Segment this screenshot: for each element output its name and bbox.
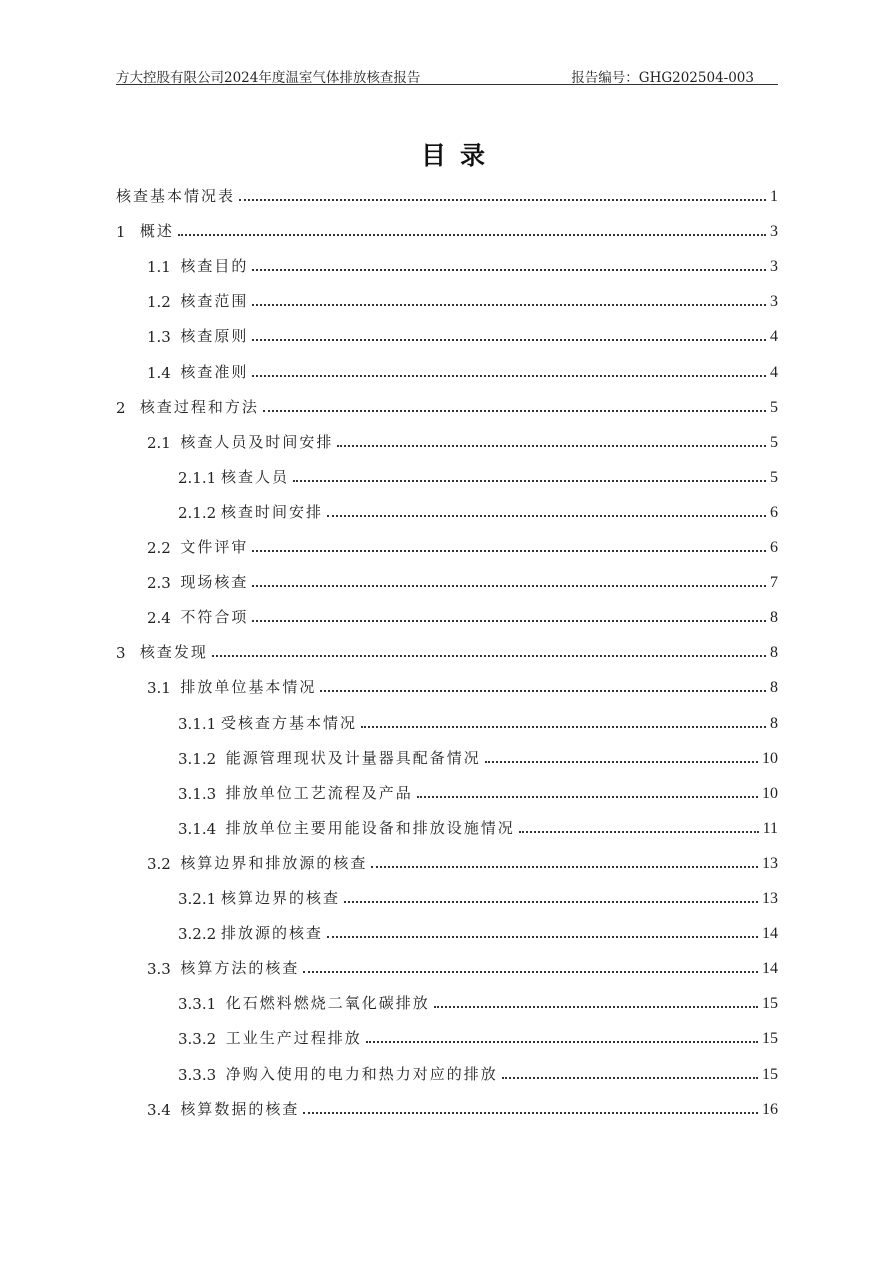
toc-entry[interactable]: 3.1.2 能源管理现状及计量器具配备情况10 (116, 746, 778, 768)
toc-entry-page: 10 (762, 785, 778, 803)
toc-entry-page: 15 (762, 1066, 778, 1084)
toc-entry-label: 现场核查 (180, 571, 248, 592)
toc-entry-number: 3.3.3 (178, 1066, 226, 1084)
dot-leader (252, 620, 766, 622)
toc-entry-page: 14 (762, 960, 778, 978)
dot-leader (293, 480, 766, 482)
toc-entry-label: 核查人员及时间安排 (180, 431, 333, 452)
toc-entry-number: 3.1.3 (178, 785, 226, 803)
toc-entry-label: 化石燃料燃烧二氧化碳排放 (226, 992, 430, 1013)
toc-entry-number: 1.3 (147, 328, 180, 346)
toc-entry-page: 4 (770, 328, 778, 346)
dot-leader (252, 339, 766, 341)
toc-entry-number: 3.3.2 (178, 1030, 226, 1048)
dot-leader (252, 375, 766, 377)
page-header: 方大控股有限公司2024年度温室气体排放核查报告 报告编号：GHG202504-… (116, 64, 778, 85)
toc-entry-number: 2.1.2 (178, 504, 221, 522)
toc-entry-number: 2.2 (147, 539, 180, 557)
dot-leader (178, 234, 766, 236)
dot-leader (485, 761, 758, 763)
toc-entry-page: 8 (770, 644, 778, 662)
dot-leader (502, 1077, 758, 1079)
toc-entry[interactable]: 核查基本情况表1 (116, 184, 778, 206)
toc-entry-number: 3.1.2 (178, 750, 226, 768)
dot-leader (371, 866, 758, 868)
toc-entry-number: 2.3 (147, 574, 180, 592)
dot-leader (344, 901, 758, 903)
header-report-number: 报告编号：GHG202504-003 (571, 66, 754, 86)
toc-entry-page: 6 (770, 504, 778, 522)
toc-entry[interactable]: 3.3.3 净购入使用的电力和热力对应的排放15 (116, 1062, 778, 1084)
toc-entry-page: 10 (762, 750, 778, 768)
dot-leader (417, 796, 758, 798)
toc-entry[interactable]: 3.1.3 排放单位工艺流程及产品10 (116, 781, 778, 803)
toc-entry-number: 2.4 (147, 609, 180, 627)
toc-entry[interactable]: 1 概述3 (116, 219, 778, 241)
dot-leader (252, 269, 766, 271)
toc-entry-label: 核算方法的核查 (180, 957, 299, 978)
toc-entry-number: 2.1.1 (178, 469, 221, 487)
dot-leader (303, 1112, 758, 1114)
toc-entry-label: 核算边界的核查 (221, 887, 340, 908)
dot-leader (327, 936, 758, 938)
toc-entry-number: 1.4 (147, 364, 180, 382)
toc-entry[interactable]: 3.1.1 受核查方基本情况8 (116, 711, 778, 733)
dot-leader (361, 726, 766, 728)
toc-entry-number: 3.2 (147, 855, 180, 873)
header-report-title: 方大控股有限公司2024年度温室气体排放核查报告 (116, 66, 420, 86)
dot-leader (320, 690, 766, 692)
toc-entry-number: 3.2.1 (178, 890, 221, 908)
toc-entry[interactable]: 3.3.1 化石燃料燃烧二氧化碳排放15 (116, 991, 778, 1013)
dot-leader (327, 515, 766, 517)
toc-entry-number: 3.1.4 (178, 820, 226, 838)
toc-entry-page: 15 (762, 995, 778, 1013)
toc-entry-label: 概述 (140, 220, 174, 241)
toc-entry-page: 3 (770, 223, 778, 241)
toc-entry-page: 5 (770, 469, 778, 487)
toc-entry-page: 8 (770, 609, 778, 627)
toc-entry-page: 13 (762, 890, 778, 908)
toc-entry-page: 6 (770, 539, 778, 557)
toc-entry-number: 3.4 (147, 1101, 180, 1119)
toc-entry-label: 净购入使用的电力和热力对应的排放 (226, 1063, 498, 1084)
toc-entry-page: 14 (762, 925, 778, 943)
toc-entry-label: 核查人员 (221, 466, 289, 487)
toc-entry[interactable]: 2.3 现场核查7 (116, 570, 778, 592)
toc-entry-number: 3.3.1 (178, 995, 226, 1013)
toc-entry-number: 2 (116, 399, 140, 417)
toc-entry[interactable]: 3.2.2 排放源的核查14 (116, 921, 778, 943)
toc-entry[interactable]: 2.1.2 核查时间安排6 (116, 500, 778, 522)
toc-entry-label: 受核查方基本情况 (221, 712, 357, 733)
toc-entry[interactable]: 2.4 不符合项8 (116, 605, 778, 627)
toc-entry-number: 3.2.2 (178, 925, 221, 943)
toc-entry-label: 工业生产过程排放 (226, 1027, 362, 1048)
dot-leader (263, 410, 766, 412)
toc-entry-page: 15 (762, 1030, 778, 1048)
toc-entry-label: 排放单位工艺流程及产品 (226, 782, 413, 803)
dot-leader (252, 550, 766, 552)
toc-entry-label: 核查范围 (180, 290, 248, 311)
dot-leader (239, 199, 766, 201)
dot-leader (337, 445, 766, 447)
toc-entry[interactable]: 3.4 核算数据的核查16 (116, 1097, 778, 1119)
dot-leader (303, 971, 758, 973)
toc-entry-label: 排放单位基本情况 (180, 676, 316, 697)
toc-entry-number: 3 (116, 644, 140, 662)
toc-entry-number: 1.1 (147, 258, 180, 276)
toc-entry-page: 11 (763, 820, 778, 838)
toc-entry[interactable]: 3.2.1 核算边界的核查13 (116, 886, 778, 908)
toc-entry-number: 1.2 (147, 293, 180, 311)
toc-entry-label: 核查发现 (140, 641, 208, 662)
toc-entry[interactable]: 1.4 核查准则4 (116, 360, 778, 382)
toc-entry-number: 2.1 (147, 434, 180, 452)
toc-entry-label: 核查基本情况表 (116, 185, 235, 206)
dot-leader (434, 1006, 758, 1008)
toc-entry-page: 4 (770, 364, 778, 382)
toc-entry[interactable]: 3.1 排放单位基本情况8 (116, 675, 778, 697)
toc-entry[interactable]: 3.3.2 工业生产过程排放15 (116, 1026, 778, 1048)
toc-entry[interactable]: 3.2 核算边界和排放源的核查13 (116, 851, 778, 873)
toc-entry-number: 3.1 (147, 679, 180, 697)
toc-entry-page: 16 (762, 1101, 778, 1119)
toc-entry-label: 文件评审 (180, 536, 248, 557)
toc-entry[interactable]: 1.1 核查目的3 (116, 254, 778, 276)
toc-entry-label: 能源管理现状及计量器具配备情况 (226, 747, 481, 768)
toc-entry-page: 1 (770, 188, 778, 206)
toc-entry-page: 7 (770, 574, 778, 592)
toc-entry-number: 1 (116, 223, 140, 241)
page-title: 目录 (0, 136, 892, 172)
toc-entry[interactable]: 3 核查发现8 (116, 640, 778, 662)
dot-leader (212, 655, 766, 657)
toc-entry-label: 核查目的 (180, 255, 248, 276)
toc-entry-page: 8 (770, 679, 778, 697)
dot-leader (519, 831, 759, 833)
toc-entry-label: 核算边界和排放源的核查 (180, 852, 367, 873)
toc-entry-page: 13 (762, 855, 778, 873)
toc-entry-label: 核查时间安排 (221, 501, 323, 522)
toc-entry-label: 排放源的核查 (221, 922, 323, 943)
toc-entry[interactable]: 2 核查过程和方法5 (116, 395, 778, 417)
toc-entry-page: 3 (770, 293, 778, 311)
dot-leader (366, 1041, 758, 1043)
toc-entry-number: 3.1.1 (178, 715, 221, 733)
toc-entry[interactable]: 1.2 核查范围3 (116, 289, 778, 311)
toc-entry[interactable]: 1.3 核查原则4 (116, 324, 778, 346)
dot-leader (252, 585, 766, 587)
toc-entry-number: 3.3 (147, 960, 180, 978)
toc-entry[interactable]: 3.1.4 排放单位主要用能设备和排放设施情况11 (116, 816, 778, 838)
toc-entry-label: 核查准则 (180, 361, 248, 382)
toc-entry-label: 排放单位主要用能设备和排放设施情况 (226, 817, 515, 838)
toc-entry[interactable]: 2.1.1 核查人员5 (116, 465, 778, 487)
dot-leader (252, 304, 766, 306)
toc-entry-label: 不符合项 (180, 606, 248, 627)
toc-entry[interactable]: 2.1 核查人员及时间安排5 (116, 430, 778, 452)
toc-entry-page: 8 (770, 715, 778, 733)
toc-entry-page: 3 (770, 258, 778, 276)
toc-entry-label: 核查原则 (180, 325, 248, 346)
toc-entry-page: 5 (770, 399, 778, 417)
toc-entry-page: 5 (770, 434, 778, 452)
toc-entry[interactable]: 3.3 核算方法的核查14 (116, 956, 778, 978)
toc-entry-label: 核算数据的核查 (180, 1098, 299, 1119)
toc-entry-label: 核查过程和方法 (140, 396, 259, 417)
toc-entry[interactable]: 2.2 文件评审6 (116, 535, 778, 557)
